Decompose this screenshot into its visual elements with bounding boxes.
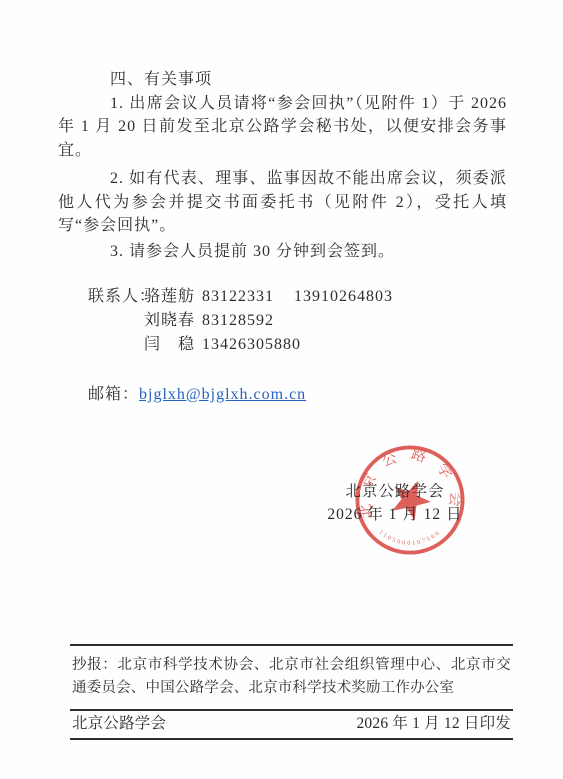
contact-name: 骆莲舫	[144, 285, 202, 309]
signature-org: 北京公路学会	[300, 480, 490, 503]
cc-paragraph: 抄报：北京市科学技术协会、北京市社会组织管理中心、北京市交通委员会、中国公路学会…	[70, 646, 513, 711]
cc-text: 北京市科学技术协会、北京市社会组织管理中心、北京市交通委员会、中国公路学会、北京…	[72, 657, 511, 696]
signature-date: 2026 年 1 月 12 日	[300, 503, 490, 526]
contacts-label: 联系人：	[88, 285, 144, 309]
section-heading: 四、有关事项	[58, 68, 507, 92]
signature-block: 北京公路学会 2026 年 1 月 12 日	[300, 480, 490, 526]
document-body: 四、有关事项 1. 出席会议人员请将“参会回执”（见附件 1）于 2026 年 …	[58, 68, 507, 406]
paragraph-2: 2. 如有代表、理事、监事因故不能出席会议，须委派他人代为参会并提交书面委托书（…	[58, 167, 507, 238]
issue-date: 2026 年 1 月 12 日印发	[356, 713, 511, 735]
email-link[interactable]: bjglxh@bjglxh.com.cn	[139, 386, 306, 403]
paragraph-3: 3. 请参会人员提前 30 分钟到会签到。	[58, 240, 507, 264]
email-block: 邮箱：bjglxh@bjglxh.com.cn	[88, 383, 507, 406]
seal-serial-number: 1105000107566	[378, 529, 443, 547]
document-page: 四、有关事项 1. 出席会议人员请将“参会回执”（见附件 1）于 2026 年 …	[0, 0, 563, 779]
contact-name: 闫 稳	[144, 333, 202, 357]
paragraph-1: 1. 出席会议人员请将“参会回执”（见附件 1）于 2026 年 1 月 20 …	[58, 92, 507, 163]
email-label: 邮箱：	[88, 386, 139, 403]
contact-row: 闫 稳 13426305880	[88, 333, 507, 357]
issuer-name: 北京公路学会	[72, 713, 166, 735]
contact-row: 刘晓春 83128592	[88, 309, 507, 333]
contact-row: 联系人： 骆莲舫 83122331 13910264803	[88, 285, 507, 309]
contact-phones: 83122331 13910264803	[202, 285, 393, 309]
svg-text:1105000107566: 1105000107566	[378, 529, 443, 547]
cc-label: 抄报：	[72, 657, 117, 673]
issue-row: 北京公路学会 2026 年 1 月 12 日印发	[70, 711, 513, 740]
contacts-block: 联系人： 骆莲舫 83122331 13910264803 刘晓春 831285…	[88, 285, 507, 357]
document-footer: 抄报：北京市科学技术协会、北京市社会组织管理中心、北京市交通委员会、中国公路学会…	[70, 644, 513, 740]
contact-phones: 13426305880	[202, 333, 301, 357]
contact-name: 刘晓春	[144, 309, 202, 333]
contact-phones: 83128592	[202, 309, 274, 333]
